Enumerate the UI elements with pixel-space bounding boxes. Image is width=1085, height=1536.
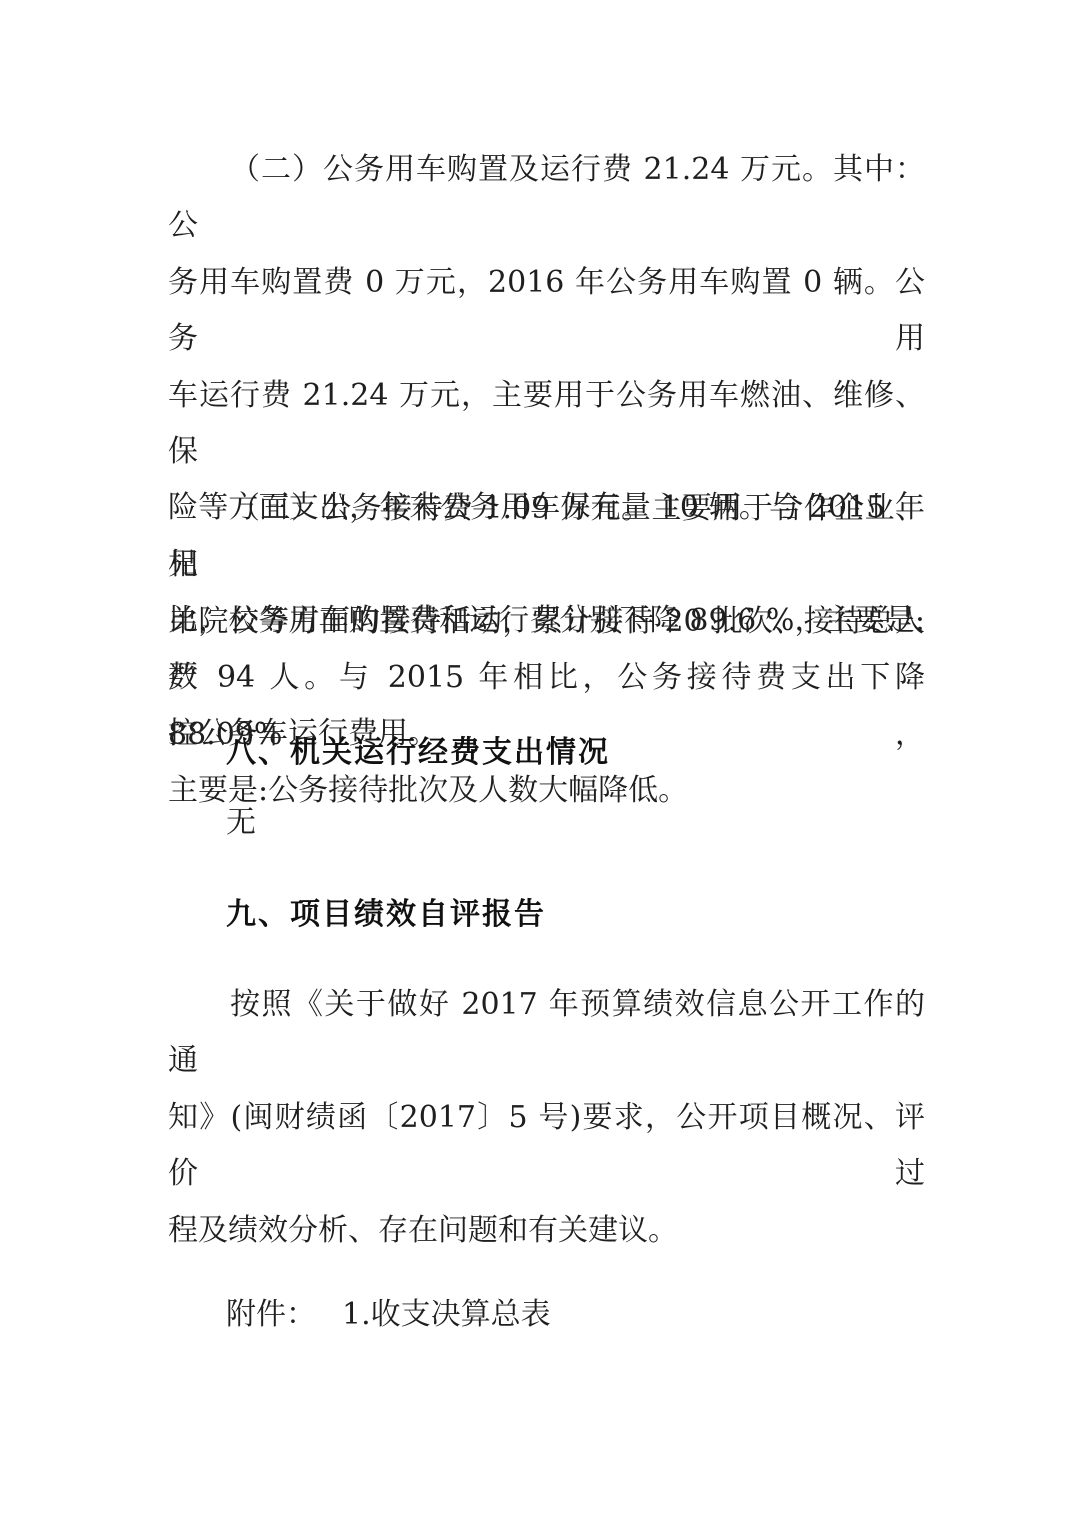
para-line: 程及绩效分析、存在问题和有关建议。	[168, 1203, 925, 1259]
section-heading-nine: 九、项目绩效自评报告	[168, 893, 925, 937]
para-line: 弟院校等方面的接待活动，累计接待 20 批次、接待总人	[168, 594, 925, 650]
paragraph-performance-report: 按照《关于做好 2017 年预算绩效信息公开工作的通 知》(闽财绩函〔2017〕…	[168, 977, 925, 1259]
attachment-item: 1.收支决算总表	[342, 1297, 551, 1332]
attachment-label: 附件：	[226, 1297, 316, 1332]
attachment-line: 附件：1.收支决算总表	[168, 1287, 925, 1343]
section-heading-eight: 八、机关运行经费支出情况	[168, 731, 925, 775]
para-line: 知》(闽财绩函〔2017〕5 号)要求，公开项目概况、评价过	[168, 1090, 925, 1203]
none-text: 无	[168, 795, 925, 851]
document-page: （二）公务用车购置及运行费 21.24 万元。其中：公 务用车购置费 0 万元，…	[0, 0, 1085, 1536]
para-line: （二）公务用车购置及运行费 21.24 万元。其中：公	[168, 142, 925, 255]
para-line: 按照《关于做好 2017 年预算绩效信息公开工作的通	[168, 977, 925, 1090]
para-line: 务用车购置费 0 万元，2016 年公务用车购置 0 辆。公务用	[168, 255, 925, 368]
para-line: 车运行费 21.24 万元，主要用于公务用车燃油、维修、保	[168, 368, 925, 481]
para-line: （三）公务接待费 1.09 万元。主要用于合作企业、兄	[168, 481, 925, 594]
